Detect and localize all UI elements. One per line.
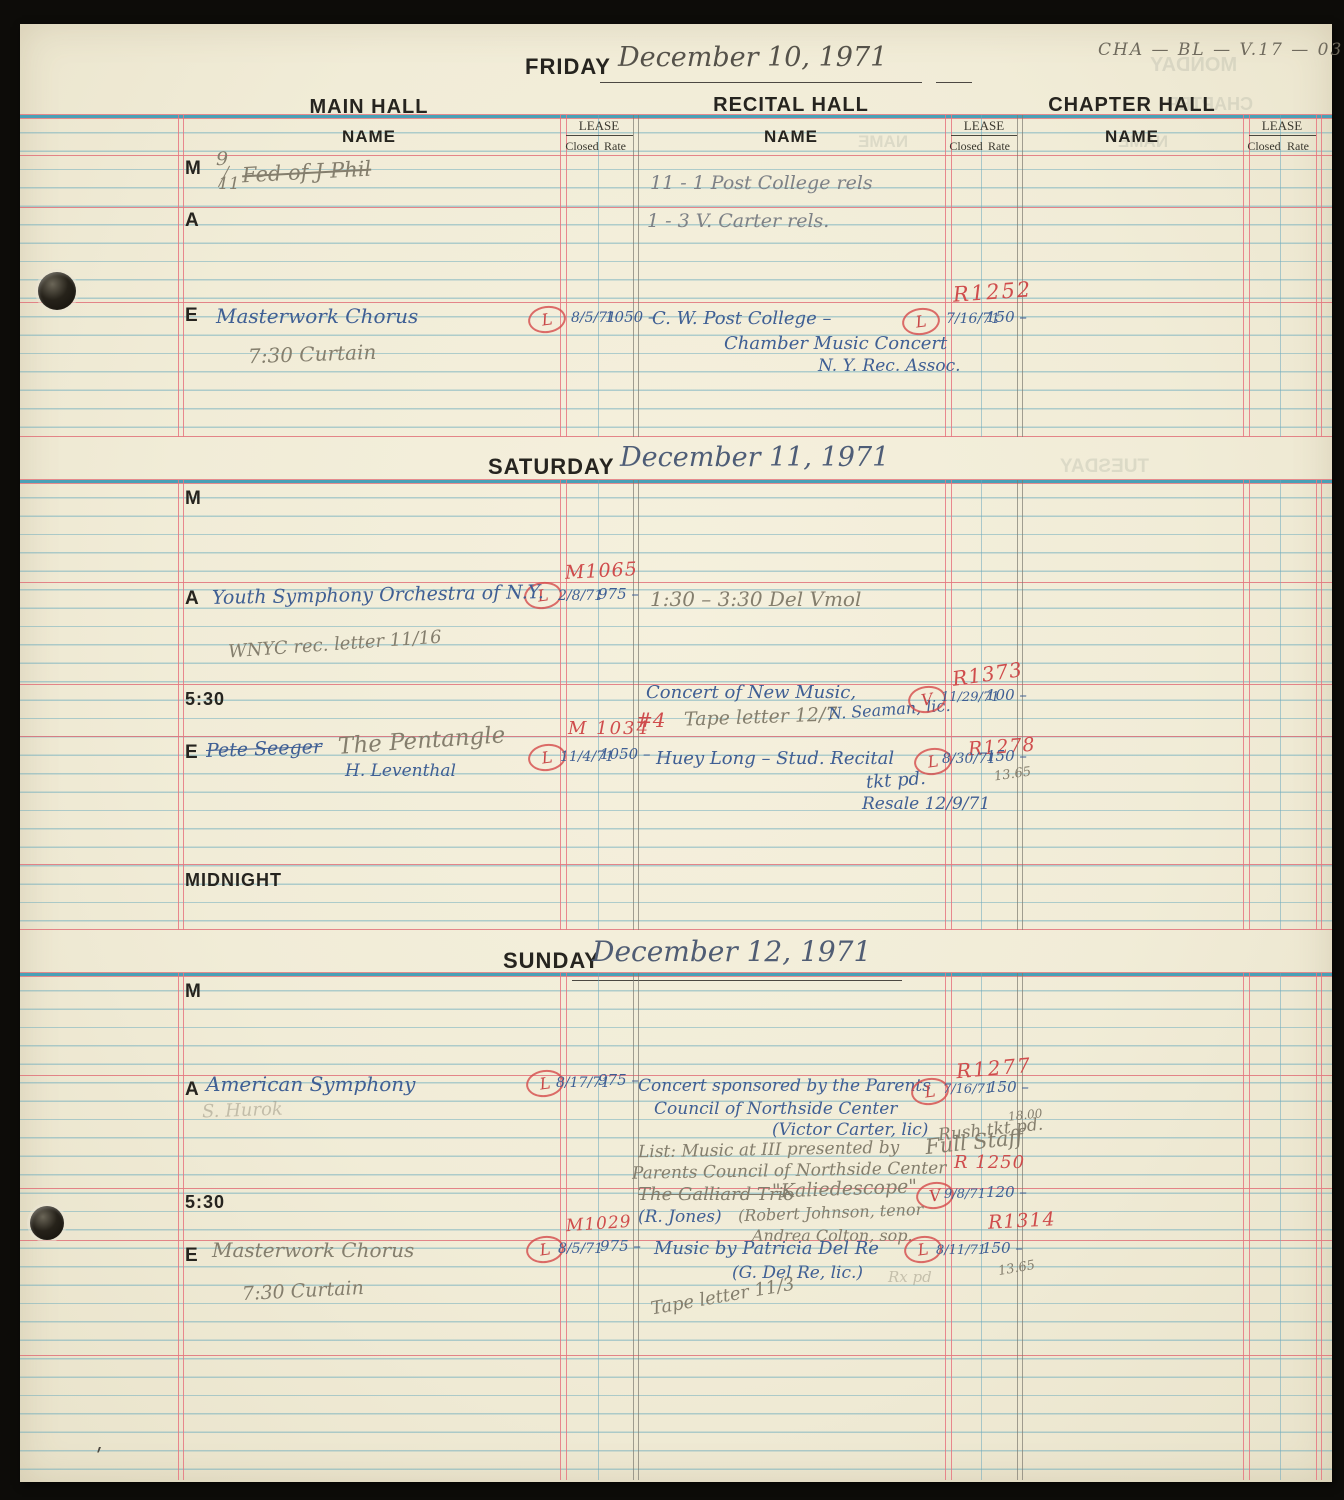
entry-saturday-a-recital: 1:30 – 3:30 Del Vmol xyxy=(650,589,861,609)
entry-sunday-530-rate: 120 – xyxy=(986,1185,1027,1200)
stamp-saturday-a-main: M1065 xyxy=(565,560,639,583)
stamp-saturday-e-main: M 1034 xyxy=(568,720,650,738)
entry-saturday-e-recital-rate: 150 – xyxy=(986,749,1027,764)
entry-saturday-530-recital-name: Concert of New Music, xyxy=(646,684,856,702)
lease-check-letter: L xyxy=(926,751,939,771)
entry-sunday-e-recital-name1: Music by Patricia Del Re xyxy=(654,1240,879,1258)
grid-top-rule xyxy=(20,972,1332,977)
entry-friday-e-main-rate: 1050 – xyxy=(605,310,655,325)
lease-check-letter: L xyxy=(540,309,553,329)
row-label-m: M xyxy=(185,981,202,1003)
lease-check-letter: L xyxy=(540,747,553,767)
entry-saturday-e-main-crossed: Pete Seeger xyxy=(206,738,323,761)
entry-friday-m-recital: 11 - 1 Post College rels xyxy=(650,174,873,193)
saturday-grid: M A 5:30 E MIDNIGHT xyxy=(20,480,1332,930)
entry-friday-e-recital-name3: N. Y. Rec. Assoc. xyxy=(818,358,961,375)
rate-header: Rate xyxy=(604,139,626,154)
lease-check-letter: L xyxy=(538,1073,551,1093)
lease-check-letter: V xyxy=(928,1185,942,1205)
entry-friday-e-recital-name2: Chamber Music Concert xyxy=(724,335,947,353)
entry-sunday-a-recital-closed: 7/16/71 xyxy=(943,1083,993,1096)
entry-saturday-e-recital-note1: tkt pd. xyxy=(865,770,926,792)
grid-top-rule xyxy=(20,114,1332,119)
entry-sunday-530-line2a: (R. Jones) xyxy=(638,1209,722,1226)
stamp-sunday-e-recital: R1314 xyxy=(988,1210,1057,1233)
entry-saturday-e-recital-name: Huey Long – Stud. Recital xyxy=(656,750,894,768)
lease-check-letter: L xyxy=(538,1239,551,1259)
fraction-numerator: 9 xyxy=(216,150,228,169)
entry-sunday-a-recital-name3: (Victor Carter, lic) xyxy=(772,1122,928,1139)
entry-sunday-a-recital-name1: Concert sponsored by the Parents xyxy=(638,1078,931,1095)
row-label-m: M xyxy=(185,488,202,510)
punch-hole xyxy=(30,1206,64,1240)
entry-saturday-a-main-rate: 975 – xyxy=(598,587,639,602)
entry-saturday-a-main-closed: 2/8/71 xyxy=(558,589,603,603)
row-label-m: M xyxy=(185,158,202,180)
row-label-a: A xyxy=(185,1079,200,1101)
entry-saturday-e-main-agent: H. Leventhal xyxy=(345,763,456,780)
rate-header: Rate xyxy=(988,139,1010,154)
row-label-e: E xyxy=(185,305,199,327)
entry-saturday-530-note: Tape letter 12/7 xyxy=(684,705,838,729)
lease-check-letter: V xyxy=(920,689,934,709)
paper-sheet: CHA — BL — V.17 — 031 MONDAY CHAPTER NAM… xyxy=(20,24,1332,1482)
entry-sunday-e-main-rate: 975 – xyxy=(600,1239,641,1254)
scanned-ledger-page: CHA — BL — V.17 — 031 MONDAY CHAPTER NAM… xyxy=(0,0,1344,1500)
rate-header: Rate xyxy=(1287,139,1309,154)
entry-friday-e-main-name: Masterwork Chorus xyxy=(216,306,418,326)
row-label-530: 5:30 xyxy=(185,689,225,710)
lease-header: LEASE xyxy=(964,118,1004,134)
entry-sunday-e-recital-name2: (G. Del Re, lic.) xyxy=(732,1265,863,1282)
entry-sunday-530-closed: 9/8/71 xyxy=(944,1188,986,1201)
day-label-saturday: SATURDAY xyxy=(488,454,615,480)
name-header-recital: NAME xyxy=(764,127,818,147)
stamp-friday-e-recital: R1252 xyxy=(952,279,1033,305)
grid-top-rule xyxy=(20,479,1332,484)
entry-sunday-a-recital-name2: Council of Northside Center xyxy=(654,1101,897,1118)
entry-sunday-a-main-name: American Symphony xyxy=(206,1074,415,1094)
entry-friday-e-recital-rate: 150 – xyxy=(986,310,1027,325)
lease-check-letter: L xyxy=(914,311,927,331)
day-date-saturday: December 11, 1971 xyxy=(620,444,889,471)
entry-sunday-a-main-rate: 975 – xyxy=(598,1073,639,1088)
entry-sunday-e-recital-note1: Rx pd xyxy=(888,1270,932,1285)
row-label-midnight: MIDNIGHT xyxy=(185,870,282,891)
entry-sunday-a-main-note: S. Hurok xyxy=(202,1101,283,1122)
entry-sunday-e-main-closed: 8/5/71 xyxy=(558,1242,603,1256)
name-header-chapter: NAME xyxy=(1105,127,1159,147)
date-underline xyxy=(936,82,972,83)
entry-saturday-e-main-rate: 1050 – xyxy=(600,747,650,762)
entry-friday-e-recital-name1: C. W. Post College – xyxy=(652,310,831,328)
row-label-a: A xyxy=(185,210,200,232)
entry-sunday-a-recital-note2: List: Music at III presented by xyxy=(638,1140,900,1162)
day-date-sunday: December 12, 1971 xyxy=(592,938,871,966)
punch-hole xyxy=(38,272,76,310)
fraction-denominator: 11 xyxy=(218,176,240,193)
name-header-main: NAME xyxy=(342,127,396,147)
closed-header: Closed xyxy=(1247,139,1280,154)
day-date-friday: December 10, 1971 xyxy=(618,44,887,71)
entry-sunday-e-recital-closed: 8/11/71 xyxy=(936,1244,986,1257)
row-label-530: 5:30 xyxy=(185,1192,225,1213)
entry-friday-e-main-note: 7:30 Curtain xyxy=(248,342,377,366)
entry-sunday-530-name: "Kaliedescope" xyxy=(772,1177,918,1201)
entry-saturday-e-recital-note2: Resale 12/9/71 xyxy=(862,796,990,813)
lease-check-letter: L xyxy=(916,1239,929,1259)
entry-friday-a-recital: 1 - 3 V. Carter rels. xyxy=(647,212,829,231)
row-label-e: E xyxy=(185,742,199,764)
date-underline xyxy=(600,82,922,83)
lease-header: LEASE xyxy=(1262,118,1302,134)
ghost-text: MONDAY xyxy=(1150,54,1237,77)
entry-sunday-e-main-name: Masterwork Chorus xyxy=(212,1240,414,1260)
entry-sunday-530-crossed: The Galliard Trio xyxy=(638,1186,794,1204)
entry-sunday-e-recital-rate: 150 – xyxy=(982,1241,1023,1256)
closed-header: Closed xyxy=(949,139,982,154)
stray-pencil-mark: ʹ xyxy=(96,1448,102,1470)
day-label-friday: FRIDAY xyxy=(525,54,611,80)
entry-saturday-530-rate: 100 – xyxy=(986,688,1027,703)
day-label-sunday: SUNDAY xyxy=(503,948,600,974)
row-label-a: A xyxy=(185,588,200,610)
entry-sunday-a-recital-rate: 150 – xyxy=(988,1080,1029,1095)
stamp-sunday-530-recital: R 1250 xyxy=(954,1154,1025,1172)
lease-header: LEASE xyxy=(579,118,619,134)
closed-header: Closed xyxy=(565,139,598,154)
ghost-text: TUESDAY xyxy=(1060,456,1149,478)
stamp-sunday-e-main: M1029 xyxy=(565,1214,632,1236)
lease-check-letter: L xyxy=(923,1081,936,1101)
row-label-e: E xyxy=(185,1245,199,1267)
